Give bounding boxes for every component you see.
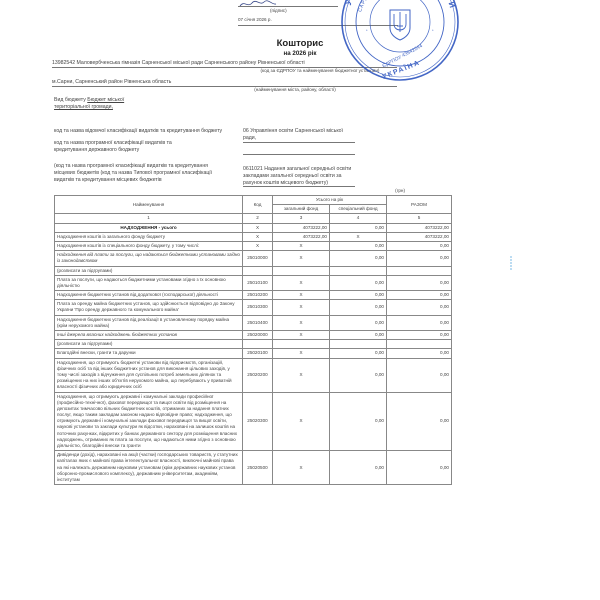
column-number: 3 xyxy=(273,214,330,223)
column-number: 1 xyxy=(55,214,243,223)
column-numbers-row: 12345 xyxy=(55,214,452,223)
prog-local-value: 0611021 Надання загальної середньої осві… xyxy=(243,166,355,187)
budget-type: Вид бюджету Бюджет міської територіально… xyxy=(54,97,174,111)
header-special-fund: спеціальний фонд xyxy=(330,205,387,214)
row-total: 0,00 xyxy=(387,331,452,340)
row-total: 4073222,00 xyxy=(387,232,452,241)
row-special-fund: 0,00 xyxy=(330,349,387,358)
row-total: 0,00 xyxy=(387,392,452,451)
row-name: Надходження бюджетних установ від реаліз… xyxy=(55,315,243,330)
budget-type-value-1: Бюджет міської xyxy=(87,97,124,103)
header-year-total: Усього на рік xyxy=(273,196,387,205)
row-special-fund: 0,00 xyxy=(330,358,387,392)
row-name: Надходження, що отримують бюджетні устан… xyxy=(55,358,243,392)
table-row: Інші джерела власних надходжень бюджетни… xyxy=(55,331,452,340)
row-general-fund xyxy=(273,340,330,349)
table-row: Плата за оренду майна бюджетних установ,… xyxy=(55,300,452,315)
row-total: 0,00 xyxy=(387,300,452,315)
table-row: Благодійні внески, гранти та дарунки2502… xyxy=(55,349,452,358)
row-name: Надходження коштів із спеціального фонду… xyxy=(55,241,243,250)
row-code: 25020500 xyxy=(243,451,273,485)
page-title: Кошторис xyxy=(0,38,600,49)
row-name: НАДХОДЖЕННЯ - усього xyxy=(55,223,243,232)
row-name: Надходження від плати за послуги, що над… xyxy=(55,251,243,266)
row-code: X xyxy=(243,223,273,232)
prog-state-value xyxy=(243,148,355,155)
table-row: (розписати за підгрупами) xyxy=(55,266,452,275)
page-subtitle: на 2026 рік xyxy=(0,50,600,57)
budget-type-label: Вид бюджету xyxy=(54,97,86,103)
row-total: 0,00 xyxy=(387,451,452,485)
row-total: 0,00 xyxy=(387,251,452,266)
row-name: Плата за оренду майна бюджетних установ,… xyxy=(55,300,243,315)
row-code: X xyxy=(243,232,273,241)
dept-classification-value: 06 Управління освіти Сарненської міської… xyxy=(243,128,355,143)
row-name: Благодійні внески, гранти та дарунки xyxy=(55,349,243,358)
official-stamp: УПРАВЛІННЯ ОСВІТИ САРНЕНСЬКОЇ МІСЬКОЇ РА… xyxy=(340,0,460,82)
row-total: 0,00 xyxy=(387,349,452,358)
table-row: Надходження коштів із спеціального фонду… xyxy=(55,241,452,250)
row-general-fund xyxy=(273,266,330,275)
row-total xyxy=(387,340,452,349)
row-code: 25010000 xyxy=(243,251,273,266)
table-row: Надходження бюджетних установ від додатк… xyxy=(55,291,452,300)
signature-line xyxy=(238,6,338,7)
row-general-fund: 4073222,00 xyxy=(273,223,330,232)
row-special-fund: 0,00 xyxy=(330,275,387,290)
row-total: 0,00 xyxy=(387,315,452,330)
row-general-fund: X xyxy=(273,275,330,290)
column-number: 4 xyxy=(330,214,387,223)
row-general-fund: X xyxy=(273,451,330,485)
table-row: (розписати за підгрупами) xyxy=(55,340,452,349)
row-special-fund xyxy=(330,266,387,275)
estimate-table: Найменування Код Усього на рік РАЗОМ заг… xyxy=(54,195,452,485)
table-body: НАДХОДЖЕННЯ - усьогоX4073222,000,0040732… xyxy=(55,223,452,485)
institution-location-caption: (найменування міста, району, області) xyxy=(240,87,350,92)
row-special-fund xyxy=(330,340,387,349)
row-name: Надходження бюджетних установ від додатк… xyxy=(55,291,243,300)
row-name: Інші джерела власних надходжень бюджетни… xyxy=(55,331,243,340)
row-code: 25010200 xyxy=(243,291,273,300)
row-code: 25020200 xyxy=(243,358,273,392)
dept-classification-label: код та назва відомчої класифікації видат… xyxy=(54,128,244,135)
table-row: Плата за послуги, що надаються бюджетним… xyxy=(55,275,452,290)
table-row: НАДХОДЖЕННЯ - усьогоX4073222,000,0040732… xyxy=(55,223,452,232)
row-general-fund: X xyxy=(273,331,330,340)
row-general-fund: X xyxy=(273,251,330,266)
table-row: Надходження коштів із загального фонду б… xyxy=(55,232,452,241)
row-code: 25010100 xyxy=(243,275,273,290)
row-special-fund: 0,00 xyxy=(330,291,387,300)
svg-text:*: * xyxy=(366,28,368,33)
row-name: (розписати за підгрупами) xyxy=(55,266,243,275)
table-row: Надходження бюджетних установ від реаліз… xyxy=(55,315,452,330)
row-code: 25020300 xyxy=(243,392,273,451)
table-row: Надходження від плати за послуги, що над… xyxy=(55,251,452,266)
row-total: 0,00 xyxy=(387,275,452,290)
table-row: Надходження, що отримують бюджетні устан… xyxy=(55,358,452,392)
row-special-fund: 0,00 xyxy=(330,392,387,451)
row-total: 0,00 xyxy=(387,241,452,250)
row-total: 4073222,00 xyxy=(387,223,452,232)
table-row: Надходження, що отримують державні і ком… xyxy=(55,392,452,451)
row-general-fund: X xyxy=(273,392,330,451)
row-special-fund: 0,00 xyxy=(330,300,387,315)
row-special-fund: 0,00 xyxy=(330,315,387,330)
row-general-fund: X xyxy=(273,291,330,300)
header-name: Найменування xyxy=(55,196,243,214)
scan-artifact xyxy=(508,255,514,271)
row-special-fund: 0,00 xyxy=(330,241,387,250)
row-code: 25010300 xyxy=(243,300,273,315)
table-row: Дивіденди (дохід), нараховані на акції (… xyxy=(55,451,452,485)
row-code: 25010400 xyxy=(243,315,273,330)
row-name: Надходження коштів із загального фонду б… xyxy=(55,232,243,241)
header-total: РАЗОМ xyxy=(387,196,452,214)
currency-label: (грн) xyxy=(380,188,405,194)
row-general-fund: X xyxy=(273,315,330,330)
prog-local-label: (код та назва програмної класифікації ви… xyxy=(54,163,229,183)
prog-state-label: код та назва програмної класифікації вид… xyxy=(54,140,204,154)
header-code: Код xyxy=(243,196,273,214)
budget-type-value-2: територіальної громади, xyxy=(54,104,113,110)
row-general-fund: X xyxy=(273,358,330,392)
row-special-fund: 0,00 xyxy=(330,331,387,340)
signature-caption: (підпис) xyxy=(270,8,310,14)
row-special-fund: X xyxy=(330,232,387,241)
column-number: 5 xyxy=(387,214,452,223)
row-code: X xyxy=(243,241,273,250)
row-name: (розписати за підгрупами) xyxy=(55,340,243,349)
row-total xyxy=(387,266,452,275)
column-number: 2 xyxy=(243,214,273,223)
row-code xyxy=(243,340,273,349)
row-special-fund: 0,00 xyxy=(330,223,387,232)
row-total: 0,00 xyxy=(387,291,452,300)
row-code: 25020100 xyxy=(243,349,273,358)
row-name: Плата за послуги, що надаються бюджетним… xyxy=(55,275,243,290)
trident-icon xyxy=(390,10,410,40)
row-general-fund: 4073222,00 xyxy=(273,232,330,241)
row-name: Дивіденди (дохід), нараховані на акції (… xyxy=(55,451,243,485)
row-total: 0,00 xyxy=(387,358,452,392)
row-special-fund: 0,00 xyxy=(330,451,387,485)
row-special-fund: 0,00 xyxy=(330,251,387,266)
header-general-fund: загальний фонд xyxy=(273,205,330,214)
row-code xyxy=(243,266,273,275)
row-code: 25020000 xyxy=(243,331,273,340)
row-general-fund: X xyxy=(273,349,330,358)
row-general-fund: X xyxy=(273,300,330,315)
svg-text:*: * xyxy=(432,28,434,33)
row-general-fund: X xyxy=(273,241,330,250)
row-name: Надходження, що отримують державні і ком… xyxy=(55,392,243,451)
